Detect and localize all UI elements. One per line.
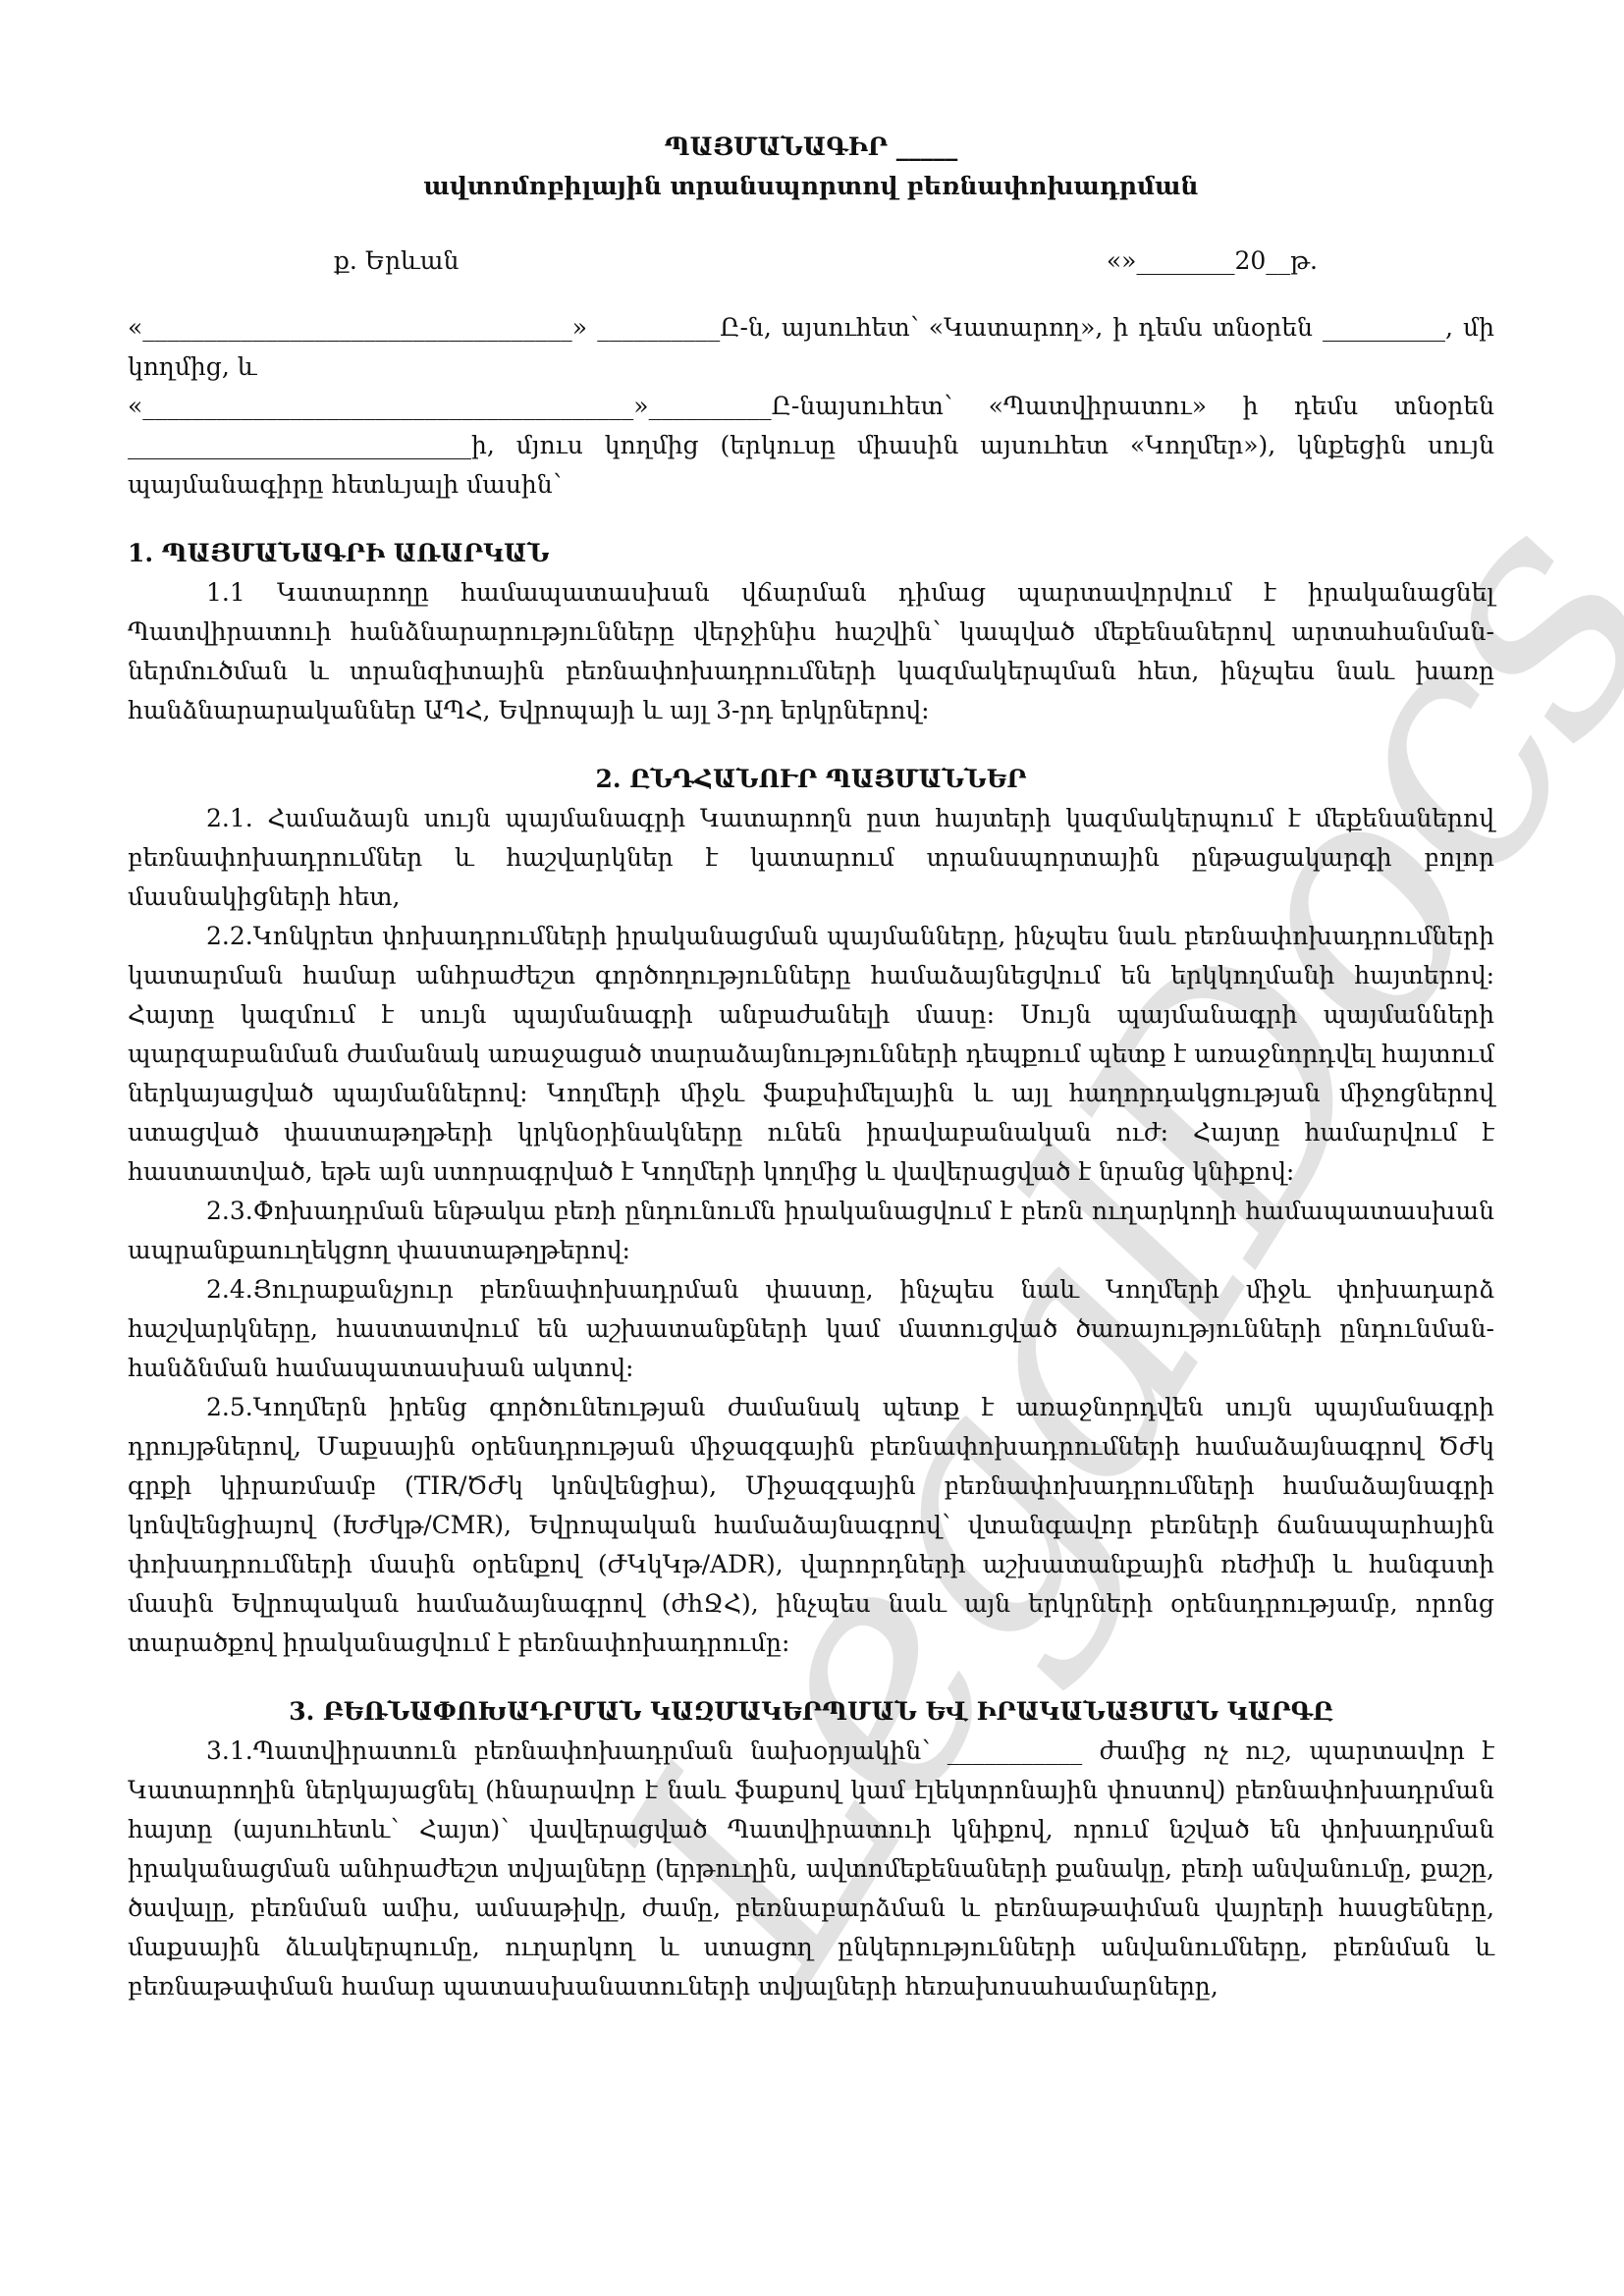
party-customer: «_______________________________________… bbox=[128, 387, 1494, 505]
section-heading: 2. ԸՆԴՀԱՆՈՒՐ ՊԱՅՄԱՆՆԵՐ bbox=[128, 760, 1494, 799]
clause-paragraph: 3.1.Պատվիրատուն բեռնափոխադրման նախօրյակի… bbox=[128, 1732, 1494, 2006]
document-title: ՊԱՅՄԱՆԱԳԻՐ _____ ավտոմոբիլային տրանսպորտ… bbox=[128, 128, 1494, 206]
date-field: «»________20__թ. bbox=[1107, 241, 1318, 281]
clause-paragraph: 2.5.Կողմերն իրենց գործունեության ժամանակ… bbox=[128, 1388, 1494, 1663]
section-heading: 1. ՊԱՅՄԱՆԱԳՐԻ ԱՌԱՐԿԱՆ bbox=[128, 534, 1494, 573]
clause-paragraph: 2.3.Փոխադրման ենթակա բեռի ընդունումն իրա… bbox=[128, 1192, 1494, 1270]
sections-container: 1. ՊԱՅՄԱՆԱԳՐԻ ԱՌԱՐԿԱՆ1.1 Կատարողը համապա… bbox=[128, 534, 1494, 2006]
clause-paragraph: 2.2.Կոնկրետ փոխադրումների իրականացման պա… bbox=[128, 917, 1494, 1192]
title-main: ՊԱՅՄԱՆԱԳԻՐ _____ bbox=[128, 128, 1494, 167]
party-contractor: «___________________________________» __… bbox=[128, 308, 1494, 387]
place-date-row: ք. Երևան «»________20__թ. bbox=[128, 241, 1494, 281]
clause-paragraph: 2.4.Յուրաքանչյուր բեռնափոխադրման փաստը, … bbox=[128, 1270, 1494, 1388]
clause-paragraph: 1.1 Կատարողը համապատասխան վճարման դիմաց … bbox=[128, 573, 1494, 730]
section-heading: 3. ԲԵՌՆԱՓՈԽԱԴՐՄԱՆ ԿԱԶՄԱԿԵՐՊՄԱՆ ԵՎ ԻՐԱԿԱՆ… bbox=[128, 1692, 1494, 1732]
place: ք. Երևան bbox=[334, 241, 459, 281]
clause-paragraph: 2.1. Համաձայն սույն պայմանագրի Կատարողն … bbox=[128, 799, 1494, 917]
document-page: ՊԱՅՄԱՆԱԳԻՐ _____ ավտոմոբիլային տրանսպորտ… bbox=[128, 128, 1494, 2006]
title-subtitle: ավտոմոբիլային տրանսպորտով բեռնափոխադրման bbox=[128, 167, 1494, 206]
parties-block: «___________________________________» __… bbox=[128, 308, 1494, 505]
